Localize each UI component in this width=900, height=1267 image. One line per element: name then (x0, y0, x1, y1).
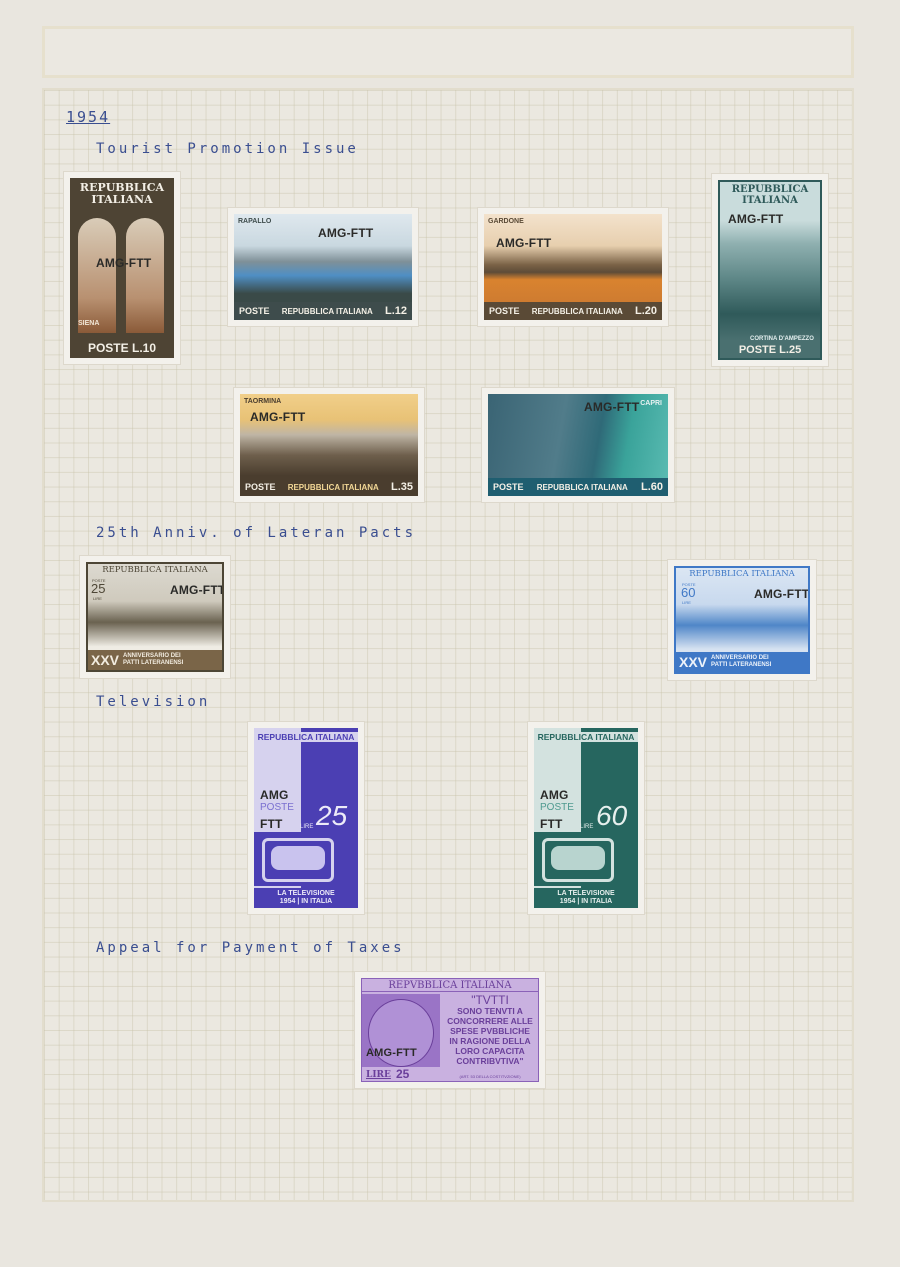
stamp-value: L.60 (641, 481, 663, 493)
section-heading-lateran: 25th Anniv. of Lateran Pacts (96, 525, 416, 541)
stamp-overprint: AMG-FTT (250, 410, 305, 424)
section-heading-taxes: Appeal for Payment of Taxes (96, 940, 405, 956)
stamp-caption-line2: 1954 | IN ITALIA (280, 898, 332, 906)
stamp-overprint-amg: AMG (540, 788, 569, 802)
year-heading: 1954 (66, 108, 110, 126)
stamp-poste-label: POSTE (540, 802, 574, 813)
stamp-caption-line2: PATTI LATERANENSI (123, 660, 183, 667)
stamp-lire-label: LIRE (580, 824, 593, 830)
stamp-lire-label: LIRE (682, 600, 691, 605)
section-heading-tourist: Tourist Promotion Issue (96, 141, 359, 157)
section-heading-television: Television (96, 694, 210, 710)
stamp-value: L.12 (385, 305, 407, 317)
stamp-gardone[interactable]: GARDONE AMG-FTT POSTEREPUBBLICA ITALIANA… (478, 208, 668, 326)
stamp-country: REPVBBLICA ITALIANA (362, 980, 538, 992)
stamp-quote-line: CONTRIBVTIVA" (456, 1056, 523, 1066)
stamp-quote-source: (ART. 53 DELLA COSTITVZIONE) (444, 1074, 536, 1079)
stamp-overprint: AMG-FTT (170, 583, 224, 597)
stamp-caption-line1: ANNIVERSARIO DEI (123, 653, 183, 660)
stamp-value: L.10 (132, 341, 156, 355)
stamp-overprint: AMG-FTT (96, 256, 151, 270)
stamp-value: L.20 (635, 305, 657, 317)
stamp-place-name: CORTINA D'AMPEZZO (750, 336, 814, 342)
stamp-overprint-ftt: FTT (260, 817, 283, 831)
stamp-caption-line1: LA TELEVISIONE (277, 890, 334, 898)
stamp-quote-line: LORO CAPACITA (455, 1046, 525, 1056)
stamp-overprint: AMG-FTT (318, 226, 373, 240)
stamp-overprint: AMG-FTT (496, 236, 551, 250)
stamp-caption-line1: LA TELEVISIONE (557, 890, 614, 898)
stamp-caption-line2: PATTI LATERANENSI (711, 662, 771, 669)
stamp-overprint: AMG-FTT (754, 587, 809, 601)
stamp-country: REPUBBLICA ITALIANA (534, 732, 638, 742)
stamp-quote: "TVTTISONO TENVTI ACONCORRERE ALLESPESE … (444, 994, 536, 1066)
stamp-poste-label: POSTE (739, 344, 776, 356)
stamp-quote-line: "TVTTI (471, 994, 509, 1006)
stamp-caption-line1: ANNIVERSARIO DEI (711, 655, 771, 662)
stamp-lateran-25[interactable]: REPUBBLICA ITALIANA POSTE 25 LIRE AMG-FT… (80, 556, 230, 678)
stamp-quote-line: SPESE PVBBLICHE (450, 1026, 530, 1036)
stamp-value: 25 (396, 1067, 409, 1081)
stamp-television-25[interactable]: REPUBBLICA ITALIANA AMG POSTE FTT LIRE 2… (248, 722, 364, 914)
stamp-capri[interactable]: CAPRI AMG-FTT POSTEREPUBBLICA ITALIANAL.… (482, 388, 674, 502)
stamp-taxes[interactable]: REPVBBLICA ITALIANA AMG-FTT LIRE 25 "TVT… (355, 972, 545, 1088)
stamp-place-name: CAPRI (640, 400, 662, 407)
stamp-country-line1: REPUBBLICA (720, 184, 820, 195)
stamp-country: REPUBBLICA ITALIANA (254, 732, 358, 742)
stamp-place-name: RAPALLO (238, 218, 271, 225)
stamp-lire-label: LIRE (366, 1070, 391, 1080)
stamp-country: REPUBBLICA ITALIANA (532, 307, 623, 316)
stamp-country: REPUBBLICA ITALIANA (676, 569, 808, 579)
stamp-value: 60 (681, 585, 695, 600)
stamp-poste-label: POSTE (245, 482, 276, 492)
stamp-cortina[interactable]: REPUBBLICA ITALIANA AMG-FTT CORTINA D'AM… (712, 174, 828, 366)
stamp-country: REPUBBLICA ITALIANA (288, 483, 379, 492)
stamp-lire-label: LIRE (93, 596, 102, 601)
stamp-xxv: XXV (679, 654, 707, 670)
stamp-country-line2: ITALIANA (70, 193, 174, 206)
stamp-country: REPUBBLICA ITALIANA (282, 307, 373, 316)
stamp-taormina[interactable]: TAORMINA AMG-FTT POSTEREPUBBLICA ITALIAN… (234, 388, 424, 502)
stamp-place-name: SIENA (78, 320, 99, 327)
stamp-value: L.25 (779, 344, 801, 356)
stamp-overprint-amg: AMG (260, 788, 289, 802)
stamp-country: REPUBBLICA ITALIANA (88, 565, 222, 575)
stamp-value: 60 (596, 800, 627, 832)
stamp-place-name: GARDONE (488, 218, 524, 225)
stamp-value: 25 (316, 800, 347, 832)
stamp-caption-line2: 1954 | IN ITALIA (560, 898, 612, 906)
stamp-country-line2: ITALIANA (720, 195, 820, 206)
stamp-poste-label: POSTE (493, 482, 524, 492)
stamp-lire-label: LIRE (300, 824, 313, 830)
stamp-poste-label: POSTE (260, 802, 294, 813)
stamp-lateran-60[interactable]: REPUBBLICA ITALIANA POSTE 60 LIRE AMG-FT… (668, 560, 816, 680)
stamp-overprint: AMG-FTT (366, 1047, 417, 1059)
stamp-overprint: AMG-FTT (584, 400, 639, 414)
stamp-television-60[interactable]: REPUBBLICA ITALIANA AMG POSTE FTT LIRE 6… (528, 722, 644, 914)
album-title-box (42, 26, 854, 78)
stamp-xxv: XXV (91, 652, 119, 668)
stamp-poste-label: POSTE (489, 306, 520, 316)
stamp-country: REPUBBLICA ITALIANA (537, 483, 628, 492)
stamp-quote-line: SONO TENVTI A (457, 1006, 523, 1016)
stamp-value: 25 (91, 581, 105, 596)
stamp-poste-label: POSTE (239, 306, 270, 316)
stamp-poste-label: POSTE (88, 341, 129, 355)
stamp-siena[interactable]: REPUBBLICA ITALIANA AMG-FTT SIENA POSTE … (64, 172, 180, 364)
stamp-value: L.35 (391, 481, 413, 493)
stamp-overprint-ftt: FTT (540, 817, 563, 831)
stamp-place-name: TAORMINA (244, 398, 281, 405)
stamp-quote-line: CONCORRERE ALLE (447, 1016, 533, 1026)
stamp-quote-line: IN RAGIONE DELLA (449, 1036, 530, 1046)
stamp-overprint: AMG-FTT (728, 212, 783, 226)
stamp-rapallo[interactable]: RAPALLO AMG-FTT POSTEREPUBBLICA ITALIANA… (228, 208, 418, 326)
